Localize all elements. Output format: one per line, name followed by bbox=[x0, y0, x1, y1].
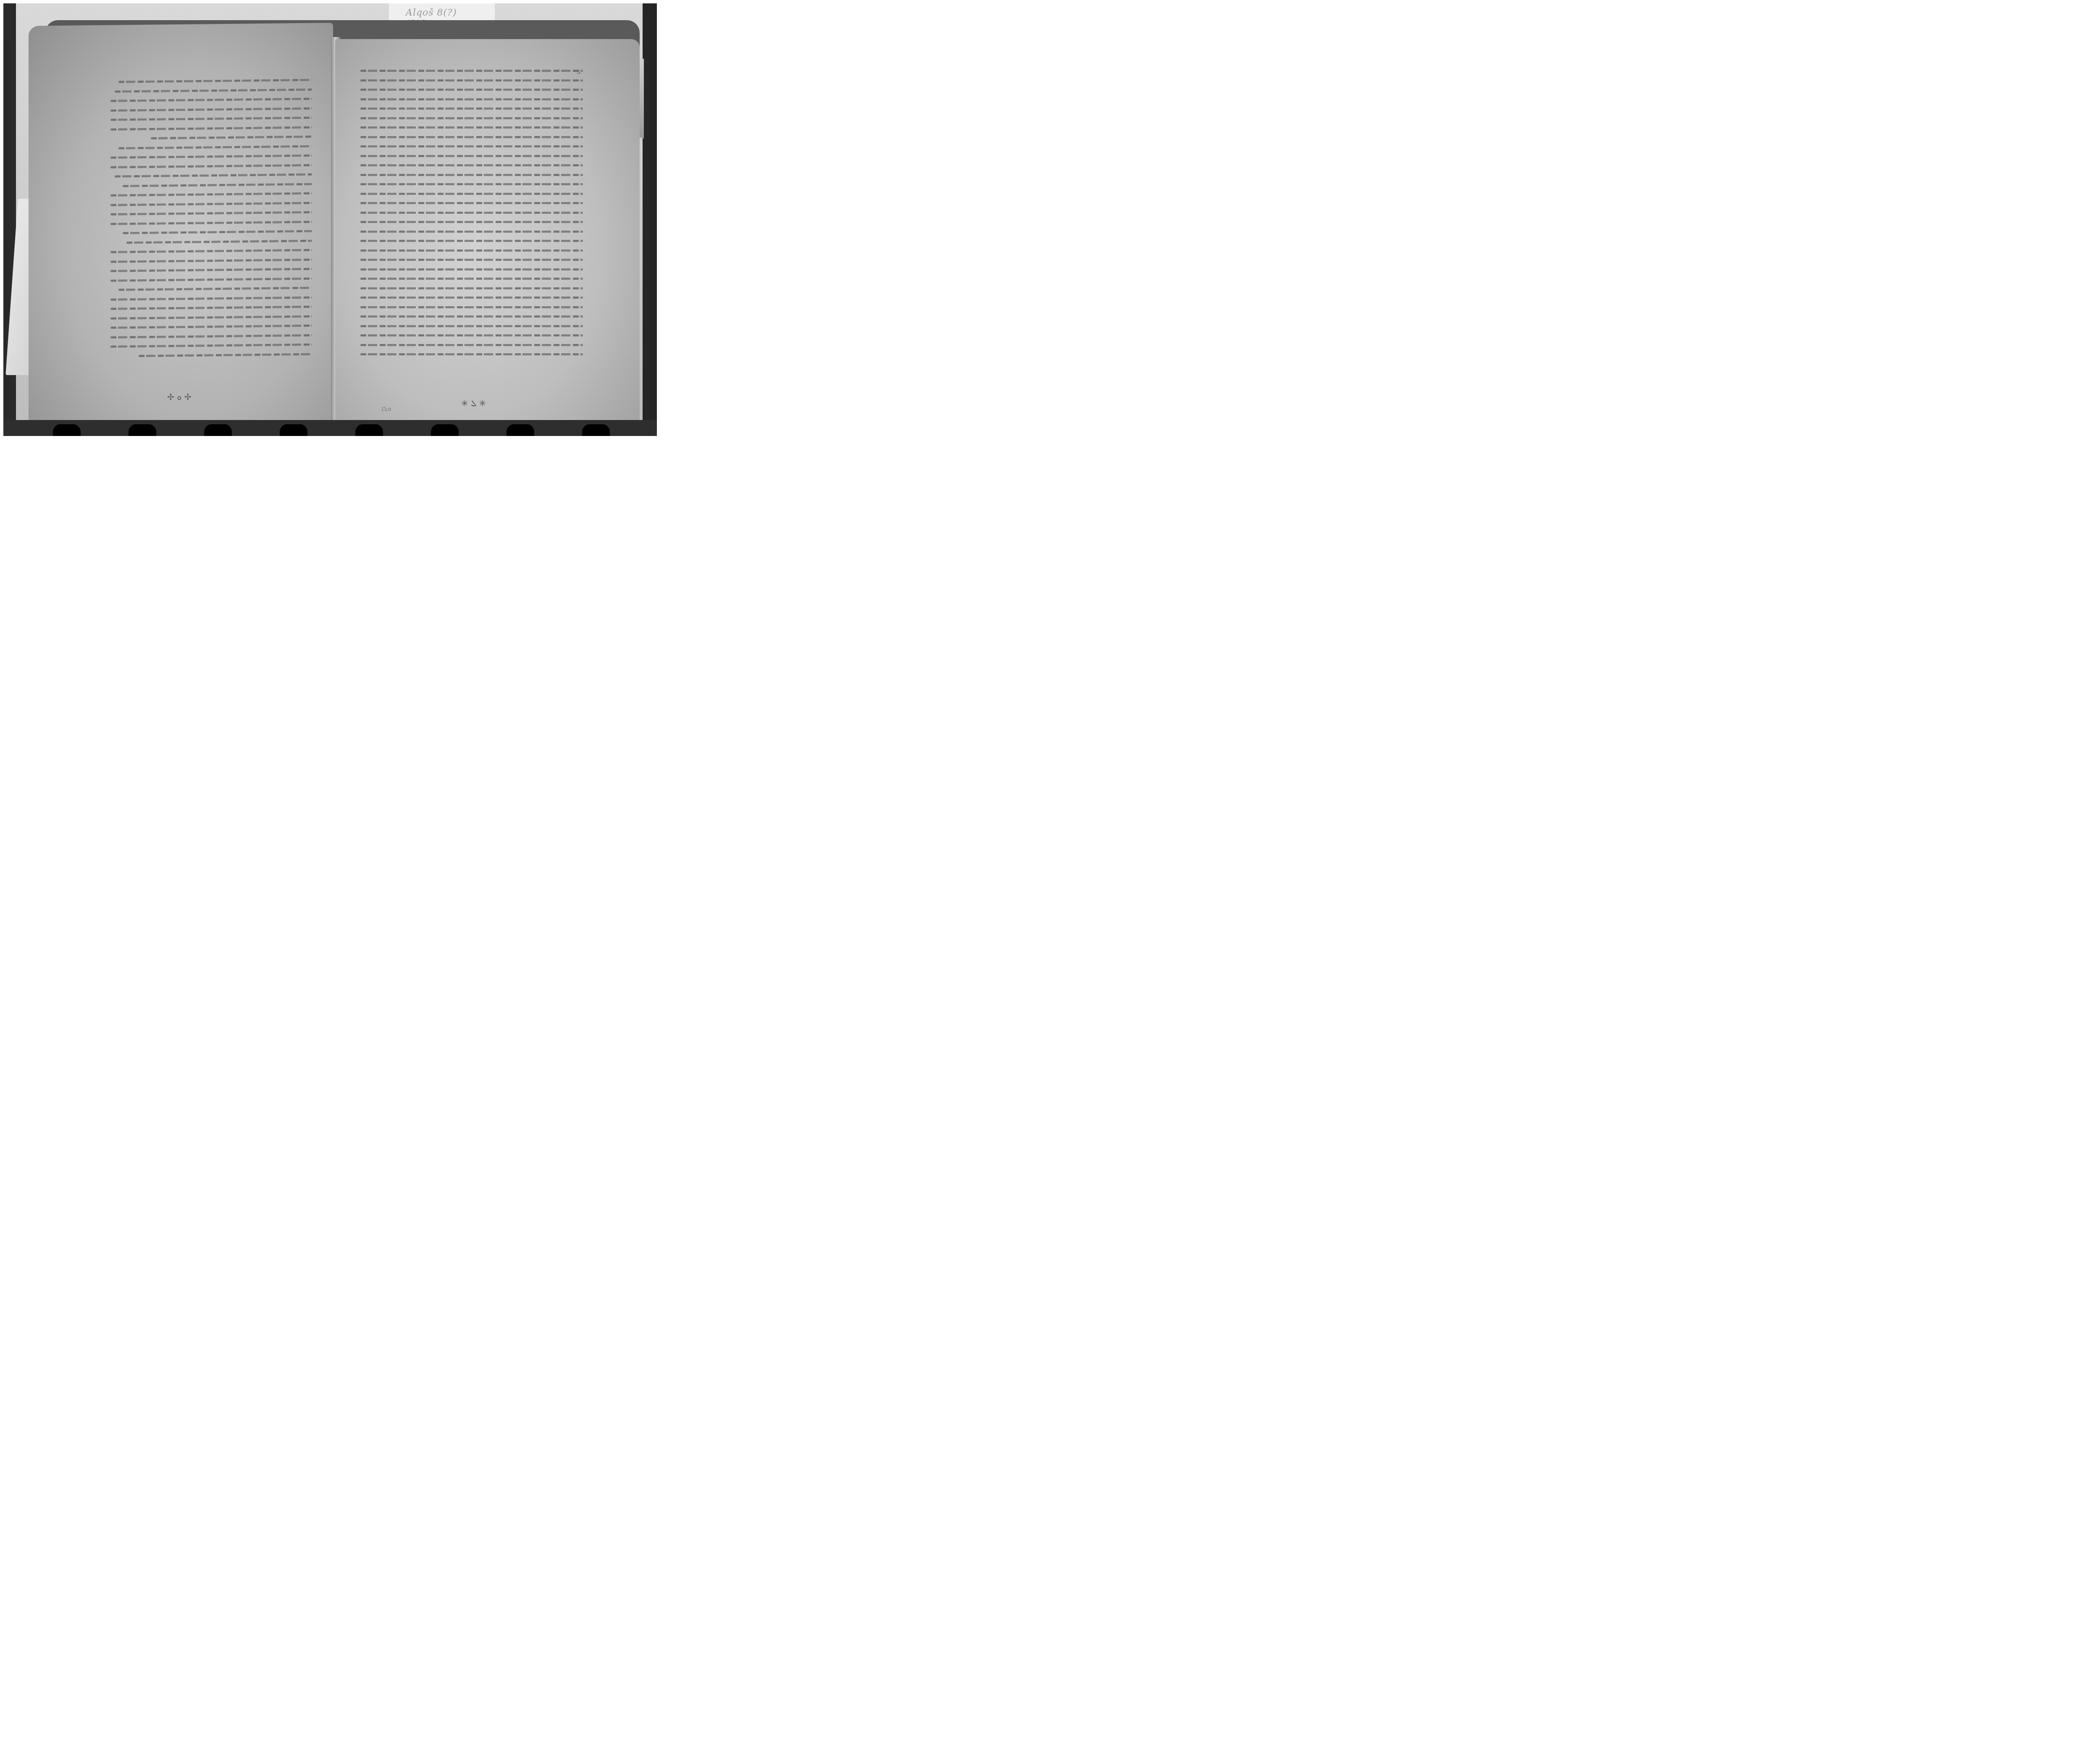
text-line bbox=[360, 284, 583, 294]
right-page-text bbox=[360, 66, 583, 360]
text-line bbox=[360, 293, 583, 303]
text-line bbox=[360, 152, 583, 161]
text-line bbox=[360, 322, 583, 331]
left-page-text bbox=[110, 76, 312, 361]
text-line bbox=[360, 265, 583, 275]
text-line bbox=[360, 350, 583, 360]
left-page: ✢ ܘ ✢ bbox=[29, 23, 333, 425]
text-line bbox=[360, 255, 583, 265]
text-line bbox=[360, 189, 583, 199]
text-line bbox=[360, 104, 583, 114]
text-line bbox=[360, 171, 583, 180]
text-line bbox=[360, 236, 583, 246]
text-line bbox=[360, 95, 583, 105]
margin-mark: ܠ bbox=[577, 68, 580, 75]
text-line bbox=[360, 180, 583, 189]
text-line bbox=[360, 66, 583, 76]
film-frame: Alqoš 8(?) (2)3 ✢ ܘ ✢ ܠ ✳ ܠ ✳ ܘܠܐ bbox=[3, 3, 657, 436]
film-edge-right bbox=[643, 3, 657, 436]
text-line bbox=[360, 76, 583, 86]
text-line bbox=[360, 341, 583, 350]
text-line bbox=[110, 349, 312, 361]
text-line bbox=[360, 331, 583, 341]
text-line bbox=[360, 303, 583, 312]
left-footer-ornament: ✢ ܘ ✢ bbox=[167, 392, 191, 402]
text-line bbox=[360, 142, 583, 152]
text-line bbox=[360, 114, 583, 123]
text-line bbox=[360, 218, 583, 227]
text-line bbox=[360, 312, 583, 322]
text-line bbox=[360, 123, 583, 133]
text-line bbox=[360, 227, 583, 237]
text-line bbox=[360, 199, 583, 208]
film-perforation-strip bbox=[3, 420, 657, 436]
text-line bbox=[360, 274, 583, 284]
text-line bbox=[360, 208, 583, 218]
right-page: ܠ ✳ ܠ ✳ ܘܠܐ bbox=[335, 39, 640, 423]
folio-mark: ✳ ܠ ✳ bbox=[461, 398, 486, 408]
text-line bbox=[360, 133, 583, 142]
archive-label-line1: Alqoš 8(?) bbox=[406, 8, 457, 18]
text-line bbox=[360, 246, 583, 256]
text-line bbox=[360, 85, 583, 95]
corner-note: ܘܠܐ bbox=[381, 404, 391, 413]
text-line bbox=[360, 161, 583, 171]
